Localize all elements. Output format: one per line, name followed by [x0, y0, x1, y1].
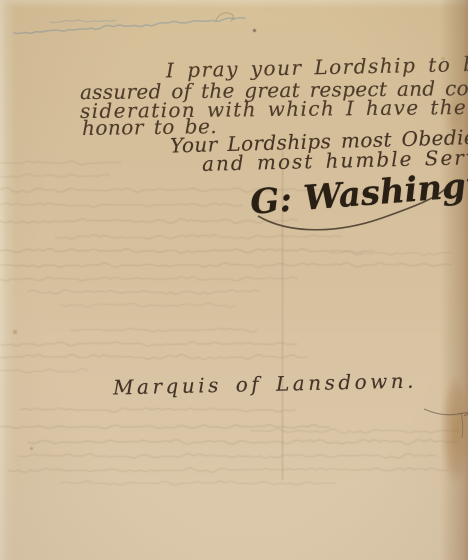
docket-annotation [0, 0, 468, 60]
foxing-spot [30, 447, 33, 450]
foxing-spot [13, 330, 17, 334]
ink-speck [253, 29, 256, 32]
stain [442, 378, 468, 482]
recipient-line: Marquis of Lansdown. [113, 369, 417, 400]
manuscript-letter-page: I pray your Lordship to be assured of th… [0, 0, 468, 560]
